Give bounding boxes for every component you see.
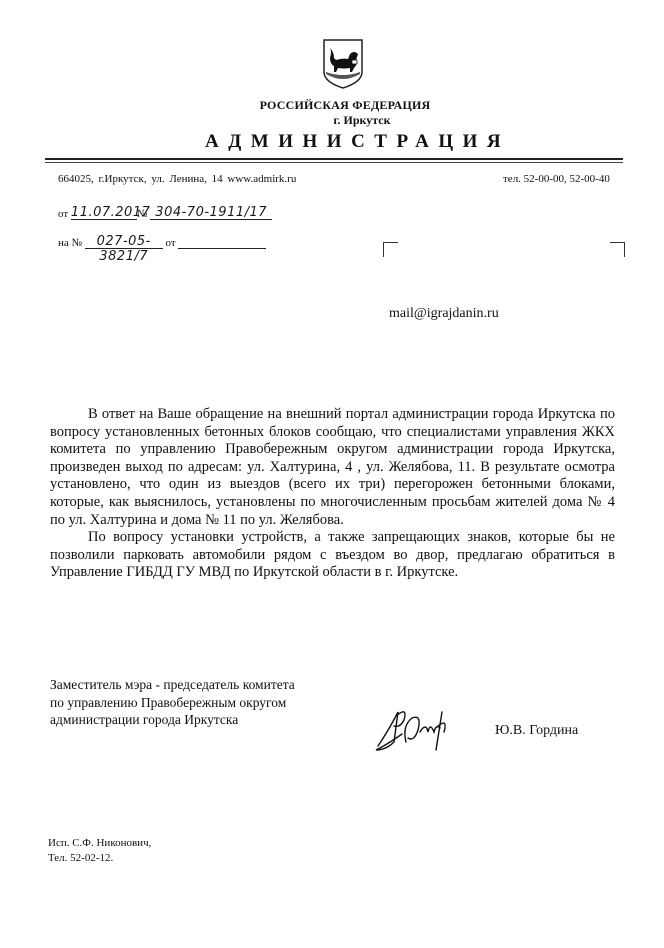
organization-address: 664025, г.Иркутск, ул. Ленина, 14 www.ad… bbox=[58, 173, 296, 185]
city-name: г. Иркутск bbox=[0, 113, 664, 128]
outgoing-number: 304-70-1911/17 bbox=[150, 205, 272, 220]
outgoing-date: 11.07.2017 bbox=[71, 205, 137, 220]
signatory-title: Заместитель мэра - председатель комитета… bbox=[50, 676, 295, 729]
organization-title: АДМИНИСТРАЦИЯ bbox=[205, 131, 510, 153]
header-divider bbox=[45, 158, 623, 160]
outgoing-reference: от 11.07.2017№ 304-70-1911/17 bbox=[58, 205, 272, 220]
incoming-number: 027-05-3821/7 bbox=[85, 234, 163, 249]
header-divider-thin bbox=[45, 162, 623, 163]
signatory-title-line: администрации города Иркутска bbox=[50, 711, 295, 729]
handwritten-signature-icon bbox=[372, 698, 462, 758]
incoming-reference: на № 027-05-3821/7 от bbox=[58, 234, 266, 249]
executor-phone: Тел. 52-02-12. bbox=[48, 851, 151, 866]
signatory-title-line: по управлению Правобережным округом bbox=[50, 694, 295, 712]
coat-of-arms-icon bbox=[322, 38, 364, 90]
letter-body: В ответ на Ваше обращение на внешний пор… bbox=[50, 406, 615, 582]
body-paragraph: По вопросу установки устройств, а также … bbox=[50, 529, 615, 582]
body-paragraph: В ответ на Ваше обращение на внешний пор… bbox=[50, 406, 615, 529]
reply-date bbox=[178, 234, 266, 249]
executor-info: Исп. С.Ф. Никонович, Тел. 52-02-12. bbox=[48, 836, 151, 866]
recipient-email: mail@igrajdanin.ru bbox=[389, 306, 499, 322]
country-name: РОССИЙСКАЯ ФЕДЕРАЦИЯ bbox=[0, 98, 664, 113]
address-window-corner-right bbox=[610, 242, 625, 257]
address-window-corner-left bbox=[383, 242, 398, 257]
number-label: № bbox=[137, 208, 148, 220]
executor-name: Исп. С.Ф. Никонович, bbox=[48, 836, 151, 851]
reply-date-label: от bbox=[166, 237, 176, 249]
organization-phone: тел. 52-00-00, 52-00-40 bbox=[503, 173, 610, 185]
from-label: от bbox=[58, 208, 68, 220]
signatory-title-line: Заместитель мэра - председатель комитета bbox=[50, 676, 295, 694]
reply-number-label: на № bbox=[58, 237, 82, 249]
signatory-name: Ю.В. Гордина bbox=[495, 723, 578, 739]
